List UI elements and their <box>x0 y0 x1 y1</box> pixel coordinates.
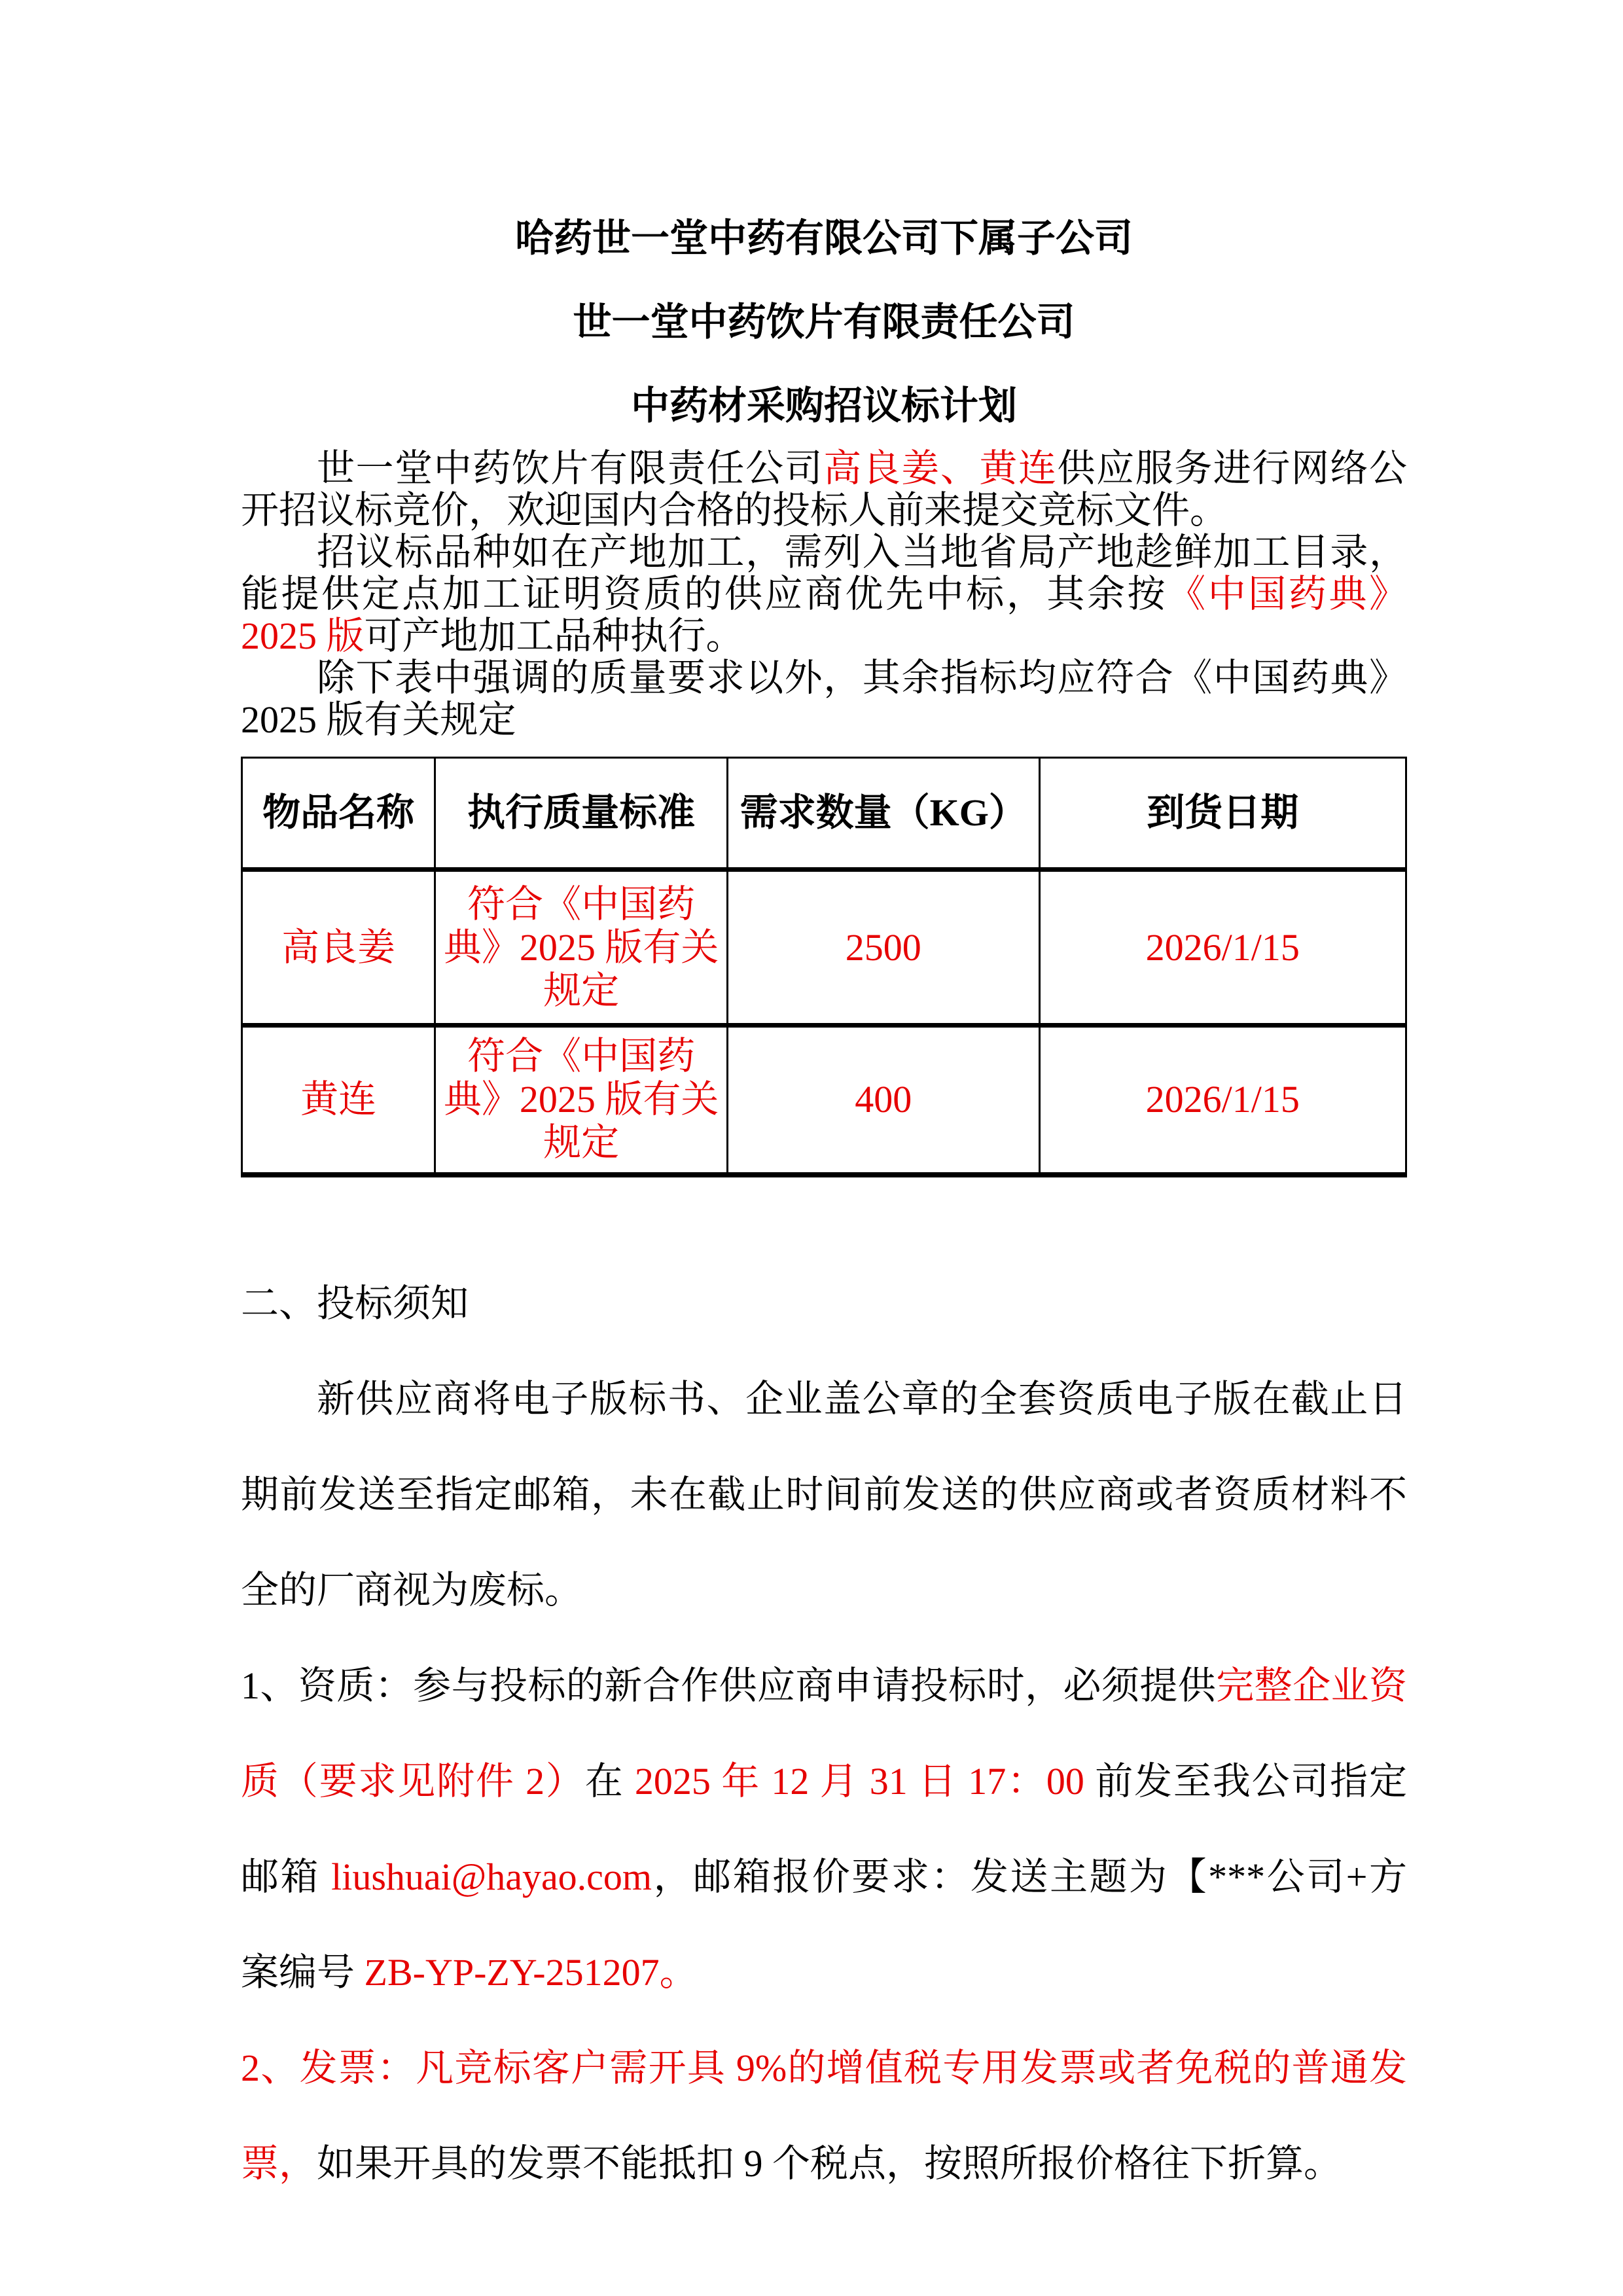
table-header-row: 物品名称 执行质量标准 需求数量（KG） 到货日期 <box>242 758 1406 870</box>
col-header-quality-standard: 执行质量标准 <box>435 758 728 870</box>
intro-paragraph-1: 世一堂中药饮片有限责任公司高良姜、黄连供应服务进行网络公开招议标竞价，欢迎国内合… <box>241 448 1407 531</box>
item-2-paragraph: 2、发票：凡竞标客户需开具 9%的增值税专用发票或者免税的普通发票，如果开具的发… <box>241 2020 1407 2212</box>
col-header-item-name: 物品名称 <box>242 758 435 870</box>
item-1-paragraph: 1、资质：参与投标的新合作供应商申请投标时，必须提供完整企业资质（要求见附件 2… <box>241 1638 1407 2020</box>
text-run: 新供应商将电子版标书、企业盖公章的全套资质电子版在截止日期前发送至指定邮箱，未在… <box>241 1378 1407 1611</box>
cell-item-name: 高良姜 <box>242 870 435 1026</box>
notice-paragraph: 新供应商将电子版标书、企业盖公章的全套资质电子版在截止日期前发送至指定邮箱，未在… <box>241 1352 1407 1638</box>
text-run: 可产地加工品种执行。 <box>365 615 744 657</box>
cell-delivery-date: 2026/1/15 <box>1039 870 1406 1026</box>
doc-title-line-2: 世一堂中药饮片有限责任公司 <box>241 280 1407 364</box>
table-row: 黄连 符合《中国药典》2025 版有关规定 400 2026/1/15 <box>242 1026 1406 1175</box>
table-row: 高良姜 符合《中国药典》2025 版有关规定 2500 2026/1/15 <box>242 870 1406 1026</box>
text-run: 1、资质：参与投标的新合作供应商申请投标时，必须提供 <box>241 1664 1216 1707</box>
procurement-table: 物品名称 执行质量标准 需求数量（KG） 到货日期 高良姜 符合《中国药典》20… <box>241 757 1407 1177</box>
highlighted-text-run: liushuai@hayao.com <box>331 1856 652 1898</box>
section-heading: 二、投标须知 <box>241 1256 1407 1352</box>
highlighted-text-run: 高良姜、黄连 <box>823 447 1057 490</box>
text-run: 除下表中强调的质量要求以外，其余指标均应符合《中国药典》2025 版有关规定 <box>241 656 1407 741</box>
notice-section: 二、投标须知 新供应商将电子版标书、企业盖公章的全套资质电子版在截止日期前发送至… <box>241 1256 1407 2212</box>
cell-quality-standard: 符合《中国药典》2025 版有关规定 <box>435 870 728 1026</box>
document-page: 哈药世一堂中药有限公司下属子公司 世一堂中药饮片有限责任公司 中药材采购招议标计… <box>0 0 1623 2296</box>
text-run: 如果开具的发票不能抵扣 9 个税点，按照所报价格往下折算。 <box>317 2142 1342 2185</box>
cell-quantity: 400 <box>727 1026 1039 1175</box>
highlighted-text-run: ZB-YP-ZY-251207。 <box>365 1951 698 1994</box>
cell-item-name: 黄连 <box>242 1026 435 1175</box>
doc-title-line-3: 中药材采购招议标计划 <box>241 364 1407 448</box>
intro-section: 世一堂中药饮片有限责任公司高良姜、黄连供应服务进行网络公开招议标竞价，欢迎国内合… <box>241 448 1407 741</box>
cell-delivery-date: 2026/1/15 <box>1039 1026 1406 1175</box>
text-run: 世一堂中药饮片有限责任公司 <box>317 447 823 490</box>
intro-paragraph-3: 除下表中强调的质量要求以外，其余指标均应符合《中国药典》2025 版有关规定 <box>241 657 1407 741</box>
cell-quantity: 2500 <box>727 870 1039 1026</box>
col-header-quantity-kg: 需求数量（KG） <box>727 758 1039 870</box>
intro-paragraph-2: 招议标品种如在产地加工，需列入当地省局产地趁鲜加工目录，能提供定点加工证明资质的… <box>241 531 1407 657</box>
doc-title-line-1: 哈药世一堂中药有限公司下属子公司 <box>241 196 1407 280</box>
cell-quality-standard: 符合《中国药典》2025 版有关规定 <box>435 1026 728 1175</box>
text-run: 在 <box>585 1760 635 1803</box>
highlighted-text-run: 2025 年 12 月 31 日 17：00 <box>635 1760 1095 1803</box>
col-header-delivery-date: 到货日期 <box>1039 758 1406 870</box>
